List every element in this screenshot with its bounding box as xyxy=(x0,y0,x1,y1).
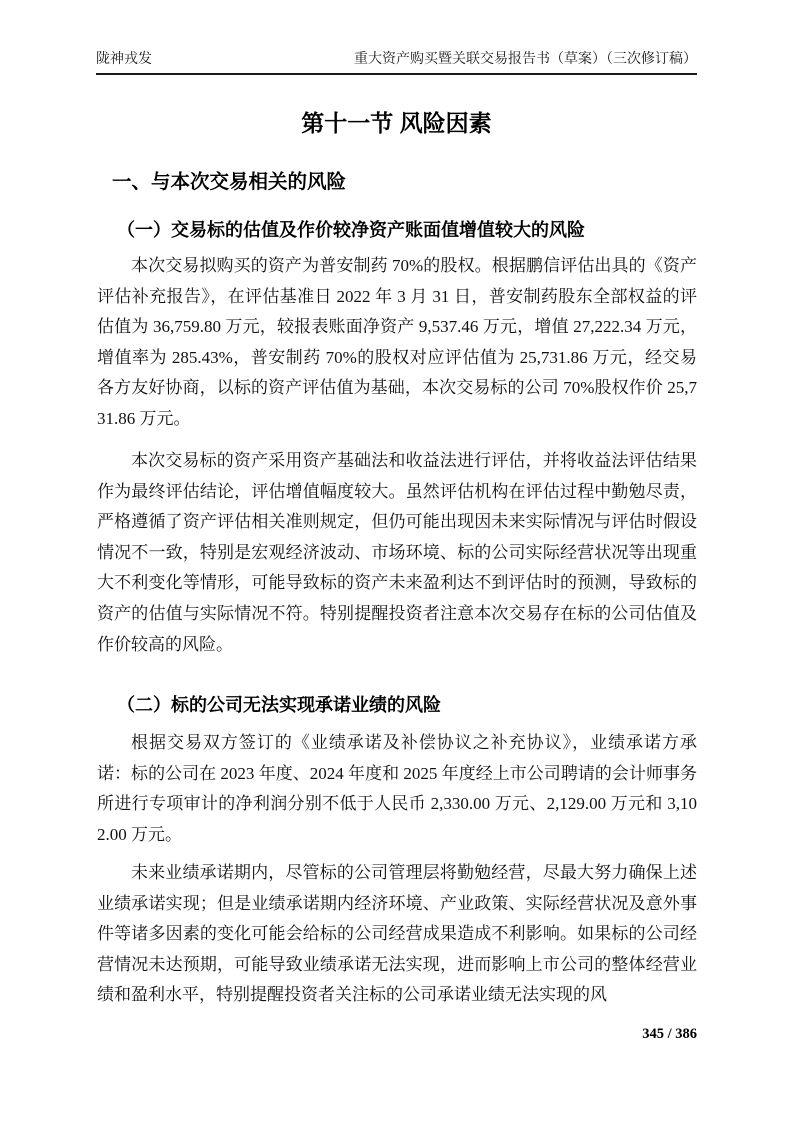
page-number: 345 / 386 xyxy=(96,1026,697,1043)
report-page: 陇神戎发 重大资产购买暨关联交易报告书（草案）（三次修订稿） 第十一节 风险因素… xyxy=(0,0,793,1122)
subsection-heading-performance-commitment-risk: （二）标的公司无法实现承诺业绩的风险 xyxy=(117,694,697,717)
subsection-heading-valuation-risk: （一）交易标的估值及作价较净资产账面值增值较大的风险 xyxy=(117,219,697,242)
header-report-title: 重大资产购买暨关联交易报告书（草案）（三次修订稿） xyxy=(354,51,697,68)
chapter-title: 第十一节 风险因素 xyxy=(96,109,697,137)
section-heading-transaction-risks: 一、与本次交易相关的风险 xyxy=(112,170,697,194)
paragraph-commitment-risk: 未来业绩承诺期内，尽管标的公司管理层将勤勉经营，尽最大努力确保上述业绩承诺实现；… xyxy=(97,858,697,1011)
page-header: 陇神戎发 重大资产购买暨关联交易报告书（草案）（三次修订稿） xyxy=(96,51,697,75)
header-company-name: 陇神戎发 xyxy=(96,51,152,68)
paragraph-valuation-method: 本次交易标的资产采用资产基础法和收益法进行评估，并将收益法评估结果作为最终评估结… xyxy=(97,446,697,660)
paragraph-profit-commitment: 根据交易双方签订的《业绩承诺及补偿协议之补充协议》，业绩承诺方承诺：标的公司在 … xyxy=(97,728,697,850)
paragraph-valuation-details: 本次交易拟购买的资产为普安制药 70%的股权。根据鹏信评估出具的《资产评估补充报… xyxy=(97,251,697,435)
